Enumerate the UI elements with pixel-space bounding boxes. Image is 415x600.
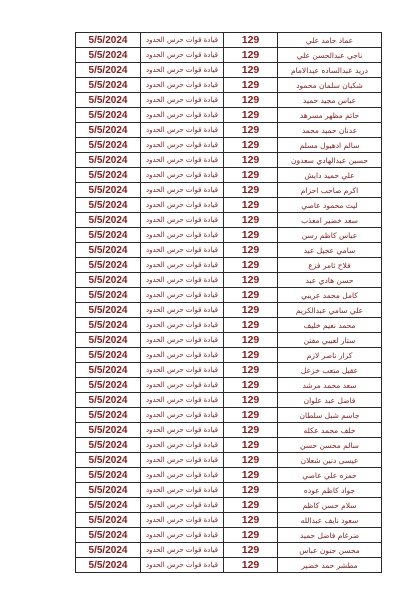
name-cell: سالم ادهيول مسلم bbox=[278, 138, 382, 153]
date-cell: 5/5/2024 bbox=[76, 408, 141, 423]
unit-cell: قيادة قوات حرس الحدود bbox=[141, 63, 224, 78]
table-row: 5/5/2024قيادة قوات حرس الحدود129حاتم مظه… bbox=[76, 108, 382, 123]
name-cell: عقيل متعب خزعل bbox=[278, 363, 382, 378]
number-cell: 129 bbox=[224, 273, 278, 288]
unit-cell: قيادة قوات حرس الحدود bbox=[141, 138, 224, 153]
unit-cell: قيادة قوات حرس الحدود bbox=[141, 528, 224, 543]
date-cell: 5/5/2024 bbox=[76, 348, 141, 363]
table-row: 5/5/2024قيادة قوات حرس الحدود129حسن هادي… bbox=[76, 273, 382, 288]
table-row: 5/5/2024قيادة قوات حرس الحدود129علي حميد… bbox=[76, 168, 382, 183]
unit-cell: قيادة قوات حرس الحدود bbox=[141, 243, 224, 258]
number-cell: 129 bbox=[224, 348, 278, 363]
number-cell: 129 bbox=[224, 498, 278, 513]
date-cell: 5/5/2024 bbox=[76, 138, 141, 153]
table-row: 5/5/2024قيادة قوات حرس الحدود129عيسى دني… bbox=[76, 453, 382, 468]
name-cell: شكبان سلمان محمود bbox=[278, 78, 382, 93]
number-cell: 129 bbox=[224, 183, 278, 198]
number-cell: 129 bbox=[224, 393, 278, 408]
unit-cell: قيادة قوات حرس الحدود bbox=[141, 48, 224, 63]
number-cell: 129 bbox=[224, 528, 278, 543]
date-cell: 5/5/2024 bbox=[76, 333, 141, 348]
unit-cell: قيادة قوات حرس الحدود bbox=[141, 453, 224, 468]
table-row: 5/5/2024قيادة قوات حرس الحدود129سامي عجي… bbox=[76, 243, 382, 258]
unit-cell: قيادة قوات حرس الحدود bbox=[141, 168, 224, 183]
date-cell: 5/5/2024 bbox=[76, 213, 141, 228]
name-cell: سعود نايف عبدالله bbox=[278, 513, 382, 528]
table-row: 5/5/2024قيادة قوات حرس الحدود129سلام حسن… bbox=[76, 498, 382, 513]
number-cell: 129 bbox=[224, 468, 278, 483]
date-cell: 5/5/2024 bbox=[76, 498, 141, 513]
unit-cell: قيادة قوات حرس الحدود bbox=[141, 183, 224, 198]
number-cell: 129 bbox=[224, 543, 278, 558]
date-cell: 5/5/2024 bbox=[76, 228, 141, 243]
table-row: 5/5/2024قيادة قوات حرس الحدود129محمد نعي… bbox=[76, 318, 382, 333]
unit-cell: قيادة قوات حرس الحدود bbox=[141, 348, 224, 363]
number-cell: 129 bbox=[224, 93, 278, 108]
name-cell: اكرم صاحب احزام bbox=[278, 183, 382, 198]
date-cell: 5/5/2024 bbox=[76, 483, 141, 498]
unit-cell: قيادة قوات حرس الحدود bbox=[141, 438, 224, 453]
table-row: 5/5/2024قيادة قوات حرس الحدود129عقيل متع… bbox=[76, 363, 382, 378]
table-row: 5/5/2024قيادة قوات حرس الحدود129سعود ناي… bbox=[76, 513, 382, 528]
name-cell: عباس مجيد حميد bbox=[278, 93, 382, 108]
table-row: 5/5/2024قيادة قوات حرس الحدود129علي سامي… bbox=[76, 303, 382, 318]
name-cell: سالم محسن حسن bbox=[278, 438, 382, 453]
number-cell: 129 bbox=[224, 243, 278, 258]
date-cell: 5/5/2024 bbox=[76, 63, 141, 78]
date-cell: 5/5/2024 bbox=[76, 468, 141, 483]
unit-cell: قيادة قوات حرس الحدود bbox=[141, 378, 224, 393]
unit-cell: قيادة قوات حرس الحدود bbox=[141, 153, 224, 168]
name-cell: جاسم شبل سلطان bbox=[278, 408, 382, 423]
number-cell: 129 bbox=[224, 303, 278, 318]
date-cell: 5/5/2024 bbox=[76, 78, 141, 93]
table-row: 5/5/2024قيادة قوات حرس الحدود129شكبان سل… bbox=[76, 78, 382, 93]
unit-cell: قيادة قوات حرس الحدود bbox=[141, 543, 224, 558]
name-cell: عيسى دنين شعلان bbox=[278, 453, 382, 468]
table-row: 5/5/2024قيادة قوات حرس الحدود129كامل محم… bbox=[76, 288, 382, 303]
unit-cell: قيادة قوات حرس الحدود bbox=[141, 558, 224, 573]
name-cell: فاضل عبد علوان bbox=[278, 393, 382, 408]
unit-cell: قيادة قوات حرس الحدود bbox=[141, 363, 224, 378]
name-cell: حاتم مظهر مسرهد bbox=[278, 108, 382, 123]
table-row: 5/5/2024قيادة قوات حرس الحدود129فلاح ثام… bbox=[76, 258, 382, 273]
date-cell: 5/5/2024 bbox=[76, 198, 141, 213]
date-cell: 5/5/2024 bbox=[76, 273, 141, 288]
date-cell: 5/5/2024 bbox=[76, 93, 141, 108]
number-cell: 129 bbox=[224, 33, 278, 48]
table-row: 5/5/2024قيادة قوات حرس الحدود129فاضل عبد… bbox=[76, 393, 382, 408]
date-cell: 5/5/2024 bbox=[76, 378, 141, 393]
number-cell: 129 bbox=[224, 378, 278, 393]
unit-cell: قيادة قوات حرس الحدود bbox=[141, 468, 224, 483]
date-cell: 5/5/2024 bbox=[76, 183, 141, 198]
name-cell: سامي عجيل عبد bbox=[278, 243, 382, 258]
unit-cell: قيادة قوات حرس الحدود bbox=[141, 303, 224, 318]
number-cell: 129 bbox=[224, 138, 278, 153]
name-cell: كامل محمد عريبي bbox=[278, 288, 382, 303]
unit-cell: قيادة قوات حرس الحدود bbox=[141, 93, 224, 108]
name-cell: محمد نعيم خليف bbox=[278, 318, 382, 333]
unit-cell: قيادة قوات حرس الحدود bbox=[141, 123, 224, 138]
date-cell: 5/5/2024 bbox=[76, 543, 141, 558]
name-cell: ضرغام فاضل حميد bbox=[278, 528, 382, 543]
name-cell: حسين عبدالهادي سعدون bbox=[278, 153, 382, 168]
date-cell: 5/5/2024 bbox=[76, 363, 141, 378]
table-row: 5/5/2024قيادة قوات حرس الحدود129حمزه علي… bbox=[76, 468, 382, 483]
name-cell: عباس كاظم رسن bbox=[278, 228, 382, 243]
name-cell: عماد حامد علي bbox=[278, 33, 382, 48]
unit-cell: قيادة قوات حرس الحدود bbox=[141, 498, 224, 513]
name-cell: خلف محمد عكله bbox=[278, 423, 382, 438]
number-cell: 129 bbox=[224, 483, 278, 498]
date-cell: 5/5/2024 bbox=[76, 303, 141, 318]
name-cell: حسن هادي عبد bbox=[278, 273, 382, 288]
date-cell: 5/5/2024 bbox=[76, 318, 141, 333]
name-cell: سعد خضير امعذب bbox=[278, 213, 382, 228]
table-row: 5/5/2024قيادة قوات حرس الحدود129دريد عبد… bbox=[76, 63, 382, 78]
table-row: 5/5/2024قيادة قوات حرس الحدود129ضرغام فا… bbox=[76, 528, 382, 543]
unit-cell: قيادة قوات حرس الحدود bbox=[141, 408, 224, 423]
number-cell: 129 bbox=[224, 288, 278, 303]
unit-cell: قيادة قوات حرس الحدود bbox=[141, 513, 224, 528]
table-row: 5/5/2024قيادة قوات حرس الحدود129جاسم شبل… bbox=[76, 408, 382, 423]
number-cell: 129 bbox=[224, 423, 278, 438]
date-cell: 5/5/2024 bbox=[76, 48, 141, 63]
name-cell: مطشر حمد خضير bbox=[278, 558, 382, 573]
table-row: 5/5/2024قيادة قوات حرس الحدود129سعد محمد… bbox=[76, 378, 382, 393]
unit-cell: قيادة قوات حرس الحدود bbox=[141, 318, 224, 333]
date-cell: 5/5/2024 bbox=[76, 453, 141, 468]
unit-cell: قيادة قوات حرس الحدود bbox=[141, 78, 224, 93]
date-cell: 5/5/2024 bbox=[76, 108, 141, 123]
date-cell: 5/5/2024 bbox=[76, 258, 141, 273]
name-cell: سعد محمد مرشد bbox=[278, 378, 382, 393]
date-cell: 5/5/2024 bbox=[76, 33, 141, 48]
number-cell: 129 bbox=[224, 558, 278, 573]
name-cell: ستار لعيبي مفتن bbox=[278, 333, 382, 348]
unit-cell: قيادة قوات حرس الحدود bbox=[141, 213, 224, 228]
table-row: 5/5/2024قيادة قوات حرس الحدود129عباس مجي… bbox=[76, 93, 382, 108]
number-cell: 129 bbox=[224, 198, 278, 213]
table-row: 5/5/2024قيادة قوات حرس الحدود129ليث محمو… bbox=[76, 198, 382, 213]
table-row: 5/5/2024قيادة قوات حرس الحدود129خلف محمد… bbox=[76, 423, 382, 438]
date-cell: 5/5/2024 bbox=[76, 513, 141, 528]
number-cell: 129 bbox=[224, 108, 278, 123]
number-cell: 129 bbox=[224, 318, 278, 333]
name-cell: سلام حسن كاظم bbox=[278, 498, 382, 513]
number-cell: 129 bbox=[224, 363, 278, 378]
number-cell: 129 bbox=[224, 213, 278, 228]
personnel-table-body: 5/5/2024قيادة قوات حرس الحدود129عماد حام… bbox=[76, 33, 382, 573]
number-cell: 129 bbox=[224, 333, 278, 348]
unit-cell: قيادة قوات حرس الحدود bbox=[141, 33, 224, 48]
date-cell: 5/5/2024 bbox=[76, 393, 141, 408]
table-row: 5/5/2024قيادة قوات حرس الحدود129حسين عبد… bbox=[76, 153, 382, 168]
date-cell: 5/5/2024 bbox=[76, 243, 141, 258]
name-cell: ناجي عبدالحسن علي bbox=[278, 48, 382, 63]
number-cell: 129 bbox=[224, 123, 278, 138]
name-cell: محسن حنون عباس bbox=[278, 543, 382, 558]
table-row: 5/5/2024قيادة قوات حرس الحدود129سالم اده… bbox=[76, 138, 382, 153]
date-cell: 5/5/2024 bbox=[76, 153, 141, 168]
name-cell: كرار ناصر لازم bbox=[278, 348, 382, 363]
number-cell: 129 bbox=[224, 438, 278, 453]
table-row: 5/5/2024قيادة قوات حرس الحدود129ستار لعي… bbox=[76, 333, 382, 348]
name-cell: ليث محمود عاصي bbox=[278, 198, 382, 213]
table-row: 5/5/2024قيادة قوات حرس الحدود129جواد كاظ… bbox=[76, 483, 382, 498]
date-cell: 5/5/2024 bbox=[76, 168, 141, 183]
number-cell: 129 bbox=[224, 513, 278, 528]
unit-cell: قيادة قوات حرس الحدود bbox=[141, 393, 224, 408]
table-row: 5/5/2024قيادة قوات حرس الحدود129عماد حام… bbox=[76, 33, 382, 48]
unit-cell: قيادة قوات حرس الحدود bbox=[141, 333, 224, 348]
unit-cell: قيادة قوات حرس الحدود bbox=[141, 273, 224, 288]
date-cell: 5/5/2024 bbox=[76, 558, 141, 573]
unit-cell: قيادة قوات حرس الحدود bbox=[141, 483, 224, 498]
number-cell: 129 bbox=[224, 168, 278, 183]
name-cell: دريد عبدالساده عبدالامام bbox=[278, 63, 382, 78]
number-cell: 129 bbox=[224, 63, 278, 78]
name-cell: فلاح ثامر فزع bbox=[278, 258, 382, 273]
date-cell: 5/5/2024 bbox=[76, 528, 141, 543]
table-row: 5/5/2024قيادة قوات حرس الحدود129سالم محس… bbox=[76, 438, 382, 453]
table-row: 5/5/2024قيادة قوات حرس الحدود129مطشر حمد… bbox=[76, 558, 382, 573]
date-cell: 5/5/2024 bbox=[76, 438, 141, 453]
unit-cell: قيادة قوات حرس الحدود bbox=[141, 423, 224, 438]
name-cell: علي حميد دايش bbox=[278, 168, 382, 183]
unit-cell: قيادة قوات حرس الحدود bbox=[141, 228, 224, 243]
number-cell: 129 bbox=[224, 408, 278, 423]
number-cell: 129 bbox=[224, 453, 278, 468]
unit-cell: قيادة قوات حرس الحدود bbox=[141, 198, 224, 213]
unit-cell: قيادة قوات حرس الحدود bbox=[141, 258, 224, 273]
number-cell: 129 bbox=[224, 153, 278, 168]
table-row: 5/5/2024قيادة قوات حرس الحدود129اكرم صاح… bbox=[76, 183, 382, 198]
table-row: 5/5/2024قيادة قوات حرس الحدود129عدنان حم… bbox=[76, 123, 382, 138]
date-cell: 5/5/2024 bbox=[76, 288, 141, 303]
number-cell: 129 bbox=[224, 258, 278, 273]
table-row: 5/5/2024قيادة قوات حرس الحدود129محسن حنو… bbox=[76, 543, 382, 558]
unit-cell: قيادة قوات حرس الحدود bbox=[141, 288, 224, 303]
number-cell: 129 bbox=[224, 228, 278, 243]
table-row: 5/5/2024قيادة قوات حرس الحدود129عباس كاظ… bbox=[76, 228, 382, 243]
number-cell: 129 bbox=[224, 78, 278, 93]
number-cell: 129 bbox=[224, 48, 278, 63]
name-cell: جواد كاظم عوده bbox=[278, 483, 382, 498]
name-cell: عدنان حميد محمد bbox=[278, 123, 382, 138]
personnel-table: 5/5/2024قيادة قوات حرس الحدود129عماد حام… bbox=[75, 32, 382, 573]
date-cell: 5/5/2024 bbox=[76, 423, 141, 438]
name-cell: علي سامي عبدالكريم bbox=[278, 303, 382, 318]
table-row: 5/5/2024قيادة قوات حرس الحدود129سعد خضير… bbox=[76, 213, 382, 228]
table-row: 5/5/2024قيادة قوات حرس الحدود129كرار ناص… bbox=[76, 348, 382, 363]
table-row: 5/5/2024قيادة قوات حرس الحدود129ناجي عبد… bbox=[76, 48, 382, 63]
unit-cell: قيادة قوات حرس الحدود bbox=[141, 108, 224, 123]
date-cell: 5/5/2024 bbox=[76, 123, 141, 138]
name-cell: حمزه علي عاصي bbox=[278, 468, 382, 483]
